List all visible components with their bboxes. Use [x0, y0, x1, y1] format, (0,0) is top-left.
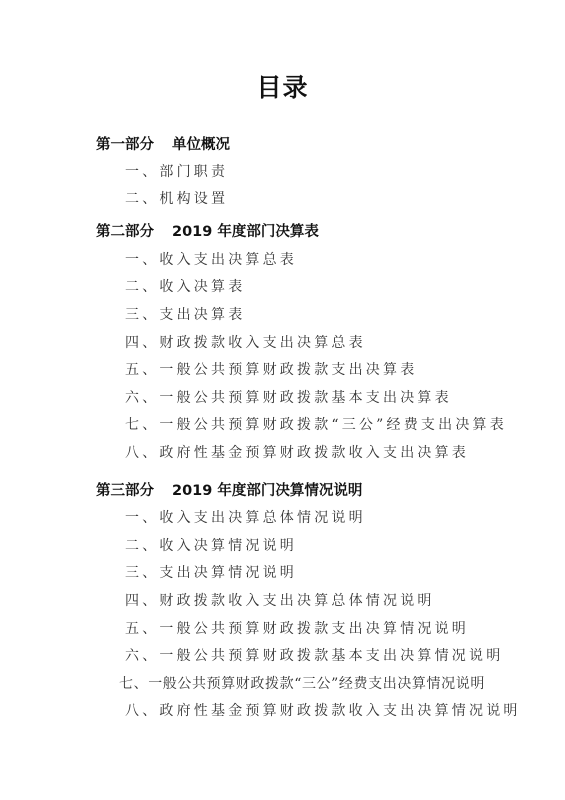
toc-title: 目录 — [0, 68, 565, 104]
toc-item: 六、一般公共预算财政拨款基本支出决算情况说明 — [125, 645, 503, 665]
toc-item: 一、收入支出决算总体情况说明 — [125, 507, 366, 527]
toc-item: 八、政府性基金预算财政拨款收入支出决算情况说明 — [125, 700, 521, 720]
toc-item: 四、财政拨款收入支出决算总体情况说明 — [125, 590, 435, 610]
part-1-label: 第一部分 — [96, 137, 154, 153]
toc-item: 五、一般公共预算财政拨款支出决算表 — [125, 359, 417, 379]
part-2-label: 第二部分 — [96, 224, 154, 240]
part-3-label: 第三部分 — [96, 483, 154, 499]
part-3-title: 2019 年度部门决算情况说明 — [172, 483, 362, 499]
part-2-title: 2019 年度部门决算表 — [172, 224, 319, 240]
toc-item: 三、支出决算表 — [125, 304, 245, 324]
toc-item: 七、一般公共预算财政拨款“三公”经费支出决算情况说明 — [119, 673, 485, 693]
part-3-heading: 第三部分2019 年度部门决算情况说明 — [96, 479, 362, 500]
toc-item: 六、一般公共预算财政拨款基本支出决算表 — [125, 387, 452, 407]
toc-item: 四、财政拨款收入支出决算总表 — [125, 332, 366, 352]
toc-item: 二、收入决算情况说明 — [125, 535, 297, 555]
toc-item: 五、一般公共预算财政拨款支出决算情况说明 — [125, 618, 469, 638]
toc-item: 七、一般公共预算财政拨款“三公”经费支出决算表 — [125, 414, 507, 434]
part-1-heading: 第一部分单位概况 — [96, 133, 230, 154]
toc-item: 八、政府性基金预算财政拨款收入支出决算表 — [125, 442, 469, 462]
part-1-title: 单位概况 — [172, 137, 230, 153]
part-2-heading: 第二部分2019 年度部门决算表 — [96, 220, 319, 241]
toc-item: 二、收入决算表 — [125, 276, 245, 296]
toc-item: 二、机构设置 — [125, 188, 228, 208]
toc-item: 一、部门职责 — [125, 161, 228, 181]
toc-item: 一、收入支出决算总表 — [125, 249, 297, 269]
toc-item: 三、支出决算情况说明 — [125, 562, 297, 582]
